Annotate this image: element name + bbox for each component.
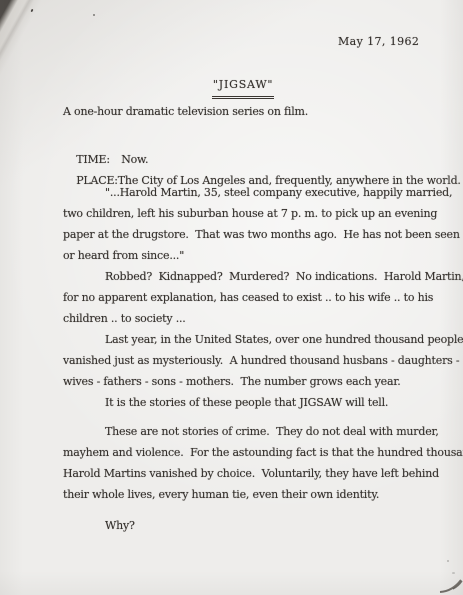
body-line: children .. to society ...	[63, 308, 439, 329]
body-line: "...Harold Martin, 35, steel company exe…	[63, 182, 439, 203]
paragraph-last-year: Last year, in the United States, over on…	[63, 329, 439, 392]
scan-speck	[452, 572, 455, 574]
body-line: Robbed? Kidnapped? Murdered? No indicati…	[63, 266, 439, 287]
paragraph-why: Why?	[63, 515, 439, 536]
scan-speck	[93, 14, 95, 16]
document-title-text: "JIGSAW"	[212, 74, 274, 99]
paragraph-stories: It is the stories of these people that J…	[63, 392, 439, 413]
paragraph-not-crime: These are not stories of crime. They do …	[63, 421, 439, 505]
body-line: two children, left his suburban house at…	[63, 203, 439, 224]
scan-speck	[447, 560, 449, 562]
body-line: It is the stories of these people that J…	[63, 392, 439, 413]
body-line: mayhem and violence. For the astounding …	[63, 442, 439, 463]
paragraph-robbed: Robbed? Kidnapped? Murdered? No indicati…	[63, 266, 439, 329]
body-line: Why?	[63, 515, 439, 536]
body-line: paper at the drugstore. That was two mon…	[63, 224, 439, 245]
body-line: Harold Martins vanished by choice. Volun…	[63, 463, 439, 484]
body-line: their whole lives, every human tie, even…	[63, 484, 439, 505]
body-line: or heard from since..."	[63, 245, 439, 266]
paragraph-quote: "...Harold Martin, 35, steel company exe…	[63, 182, 439, 266]
body-line: for no apparent explanation, has ceased …	[63, 287, 439, 308]
body-line: These are not stories of crime. They do …	[63, 421, 439, 442]
scan-speck	[30, 9, 33, 13]
body-line: vanished just as mysteriously. A hundred…	[63, 350, 439, 371]
body-line: Last year, in the United States, over on…	[63, 329, 439, 350]
document-date: May 17, 1962	[338, 31, 419, 52]
pen-curl-artifact	[439, 578, 463, 594]
body-line: wives - fathers - sons - mothers. The nu…	[63, 371, 439, 392]
series-description: A one-hour dramatic television series on…	[63, 101, 308, 122]
scanned-document-page: May 17, 1962 "JIGSAW" A one-hour dramati…	[0, 0, 463, 595]
